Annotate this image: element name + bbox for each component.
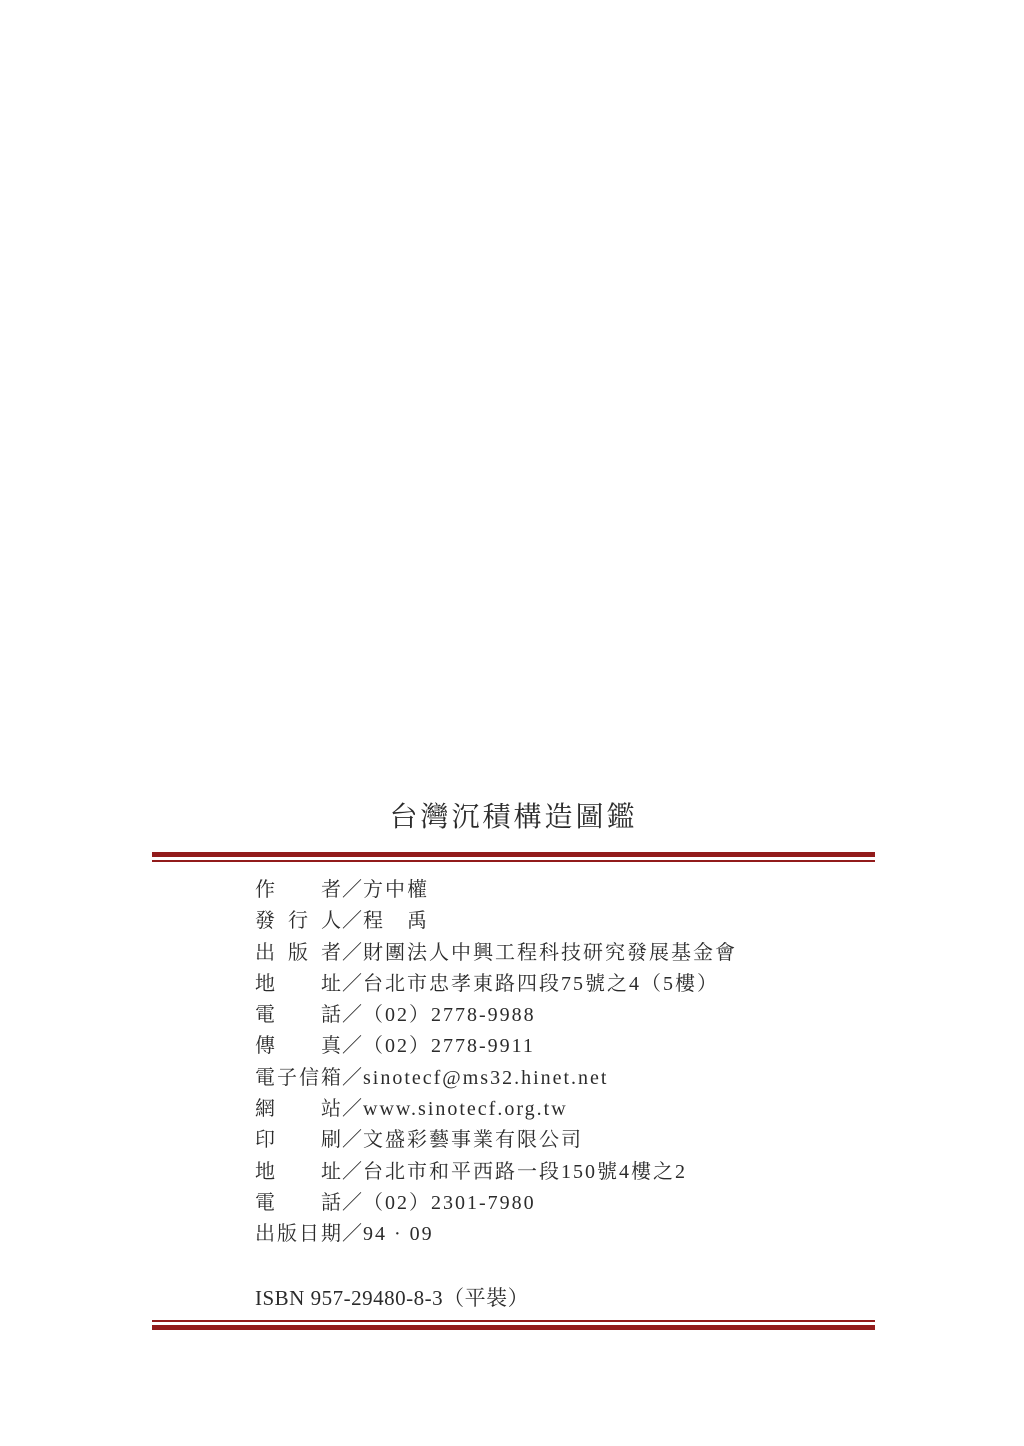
- field-row: 電子信箱／sinotecf@ms32.hinet.net: [255, 1063, 875, 1094]
- field-row: 作者／方中權: [255, 875, 875, 906]
- field-value: （02）2301-7980: [363, 1188, 536, 1219]
- field-value: （02）2778-9911: [363, 1031, 535, 1062]
- double-rule-bottom: [152, 1320, 875, 1330]
- field-label: 印刷: [255, 1125, 341, 1156]
- field-value: 財團法人中興工程科技研究發展基金會: [363, 938, 737, 969]
- field-value: 方中權: [363, 875, 429, 906]
- field-label: 網站: [255, 1094, 341, 1125]
- field-label: 電話: [255, 1000, 341, 1031]
- book-title: 台灣沉積構造圖鑑: [152, 795, 875, 835]
- field-separator: ／: [342, 1063, 362, 1094]
- field-label: 地址: [255, 969, 341, 1000]
- field-separator: ／: [342, 906, 362, 937]
- field-label: 電話: [255, 1188, 341, 1219]
- field-separator: ／: [342, 938, 362, 969]
- field-row: 地址／台北市和平西路一段150號4樓之2: [255, 1157, 875, 1188]
- double-rule-top: [152, 852, 875, 862]
- field-label: 傳真: [255, 1031, 341, 1062]
- field-separator: ／: [342, 1219, 362, 1250]
- field-row: 發行人／程 禹: [255, 906, 875, 937]
- field-label: 出版日期: [255, 1219, 341, 1250]
- field-row: 出版者／財團法人中興工程科技研究發展基金會: [255, 938, 875, 969]
- field-label: 出版者: [255, 938, 341, 969]
- field-value: 文盛彩藝事業有限公司: [363, 1125, 583, 1156]
- colophon-page: 台灣沉積構造圖鑑 作者／方中權發行人／程 禹出版者／財團法人中興工程科技研究發展…: [0, 0, 1024, 1446]
- field-separator: ／: [342, 1031, 362, 1062]
- field-value: 程 禹: [363, 906, 429, 937]
- field-separator: ／: [342, 1157, 362, 1188]
- field-value: 94 · 09: [363, 1219, 434, 1250]
- field-value: 台北市忠孝東路四段75號之4（5樓）: [363, 969, 719, 1000]
- field-separator: ／: [342, 969, 362, 1000]
- field-label: 發行人: [255, 906, 341, 937]
- field-separator: ／: [342, 875, 362, 906]
- field-row: 傳真／（02）2778-9911: [255, 1031, 875, 1062]
- field-row: 印刷／文盛彩藝事業有限公司: [255, 1125, 875, 1156]
- field-row: 電話／（02）2778-9988: [255, 1000, 875, 1031]
- publication-fields: 作者／方中權發行人／程 禹出版者／財團法人中興工程科技研究發展基金會地址／台北市…: [255, 875, 875, 1251]
- field-label: 地址: [255, 1157, 341, 1188]
- field-value: （02）2778-9988: [363, 1000, 536, 1031]
- field-row: 地址／台北市忠孝東路四段75號之4（5樓）: [255, 969, 875, 1000]
- field-separator: ／: [342, 1094, 362, 1125]
- field-separator: ／: [342, 1000, 362, 1031]
- field-label: 作者: [255, 875, 341, 906]
- isbn-line: ISBN 957-29480-8-3（平裝）: [255, 1282, 529, 1312]
- field-row: 網站／www.sinotecf.org.tw: [255, 1094, 875, 1125]
- field-value: 台北市和平西路一段150號4樓之2: [363, 1157, 687, 1188]
- field-row: 出版日期／94 · 09: [255, 1219, 875, 1250]
- field-separator: ／: [342, 1188, 362, 1219]
- field-label: 電子信箱: [255, 1063, 341, 1094]
- field-separator: ／: [342, 1125, 362, 1156]
- field-value: sinotecf@ms32.hinet.net: [363, 1063, 609, 1094]
- field-value: www.sinotecf.org.tw: [363, 1094, 568, 1125]
- field-row: 電話／（02）2301-7980: [255, 1188, 875, 1219]
